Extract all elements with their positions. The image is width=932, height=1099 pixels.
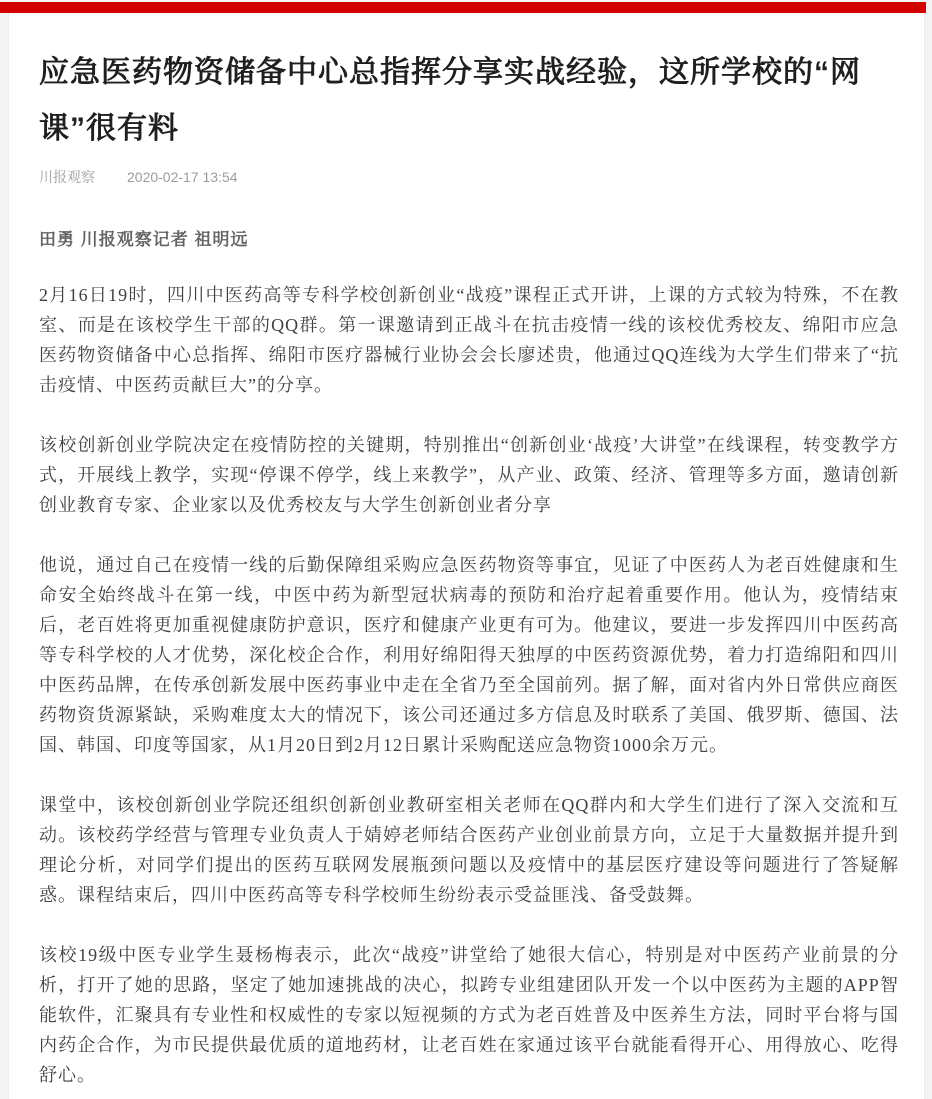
top-accent-bar — [0, 2, 926, 13]
article-paragraph: 该校创新创业学院决定在疫情防控的关键期，特别推出“创新创业‘战疫’大讲堂”在线课… — [39, 430, 899, 520]
article-paragraph: 2月16日19时，四川中医药高等专科学校创新创业“战疫”课程正式开讲，上课的方式… — [39, 280, 899, 400]
byline: 田勇 川报观察记者 祖明远 — [39, 225, 899, 250]
article-paragraph: 课堂中，该校创新创业学院还组织创新创业教研室相关老师在QQ群内和大学生们进行了深… — [39, 790, 899, 910]
article-page: 应急医药物资储备中心总指挥分享实战经验，这所学校的“网课”很有料 川报观察 20… — [0, 0, 932, 1099]
article-meta: 川报观察 2020-02-17 13:54 — [39, 167, 899, 187]
source-name: 川报观察 — [39, 167, 95, 187]
article-body: 2月16日19时，四川中医药高等专科学校创新创业“战疫”课程正式开讲，上课的方式… — [39, 280, 899, 1090]
publish-time: 2020-02-17 13:54 — [127, 169, 238, 185]
article-card: 应急医药物资储备中心总指挥分享实战经验，这所学校的“网课”很有料 川报观察 20… — [8, 13, 925, 1099]
article-paragraph: 该校19级中医专业学生聂杨梅表示，此次“战疫”讲堂给了她很大信心，特别是对中医药… — [39, 940, 899, 1090]
article-paragraph: 他说，通过自己在疫情一线的后勤保障组采购应急医药物资等事宜，见证了中医药人为老百… — [39, 550, 899, 760]
article-title: 应急医药物资储备中心总指挥分享实战经验，这所学校的“网课”很有料 — [39, 45, 899, 157]
